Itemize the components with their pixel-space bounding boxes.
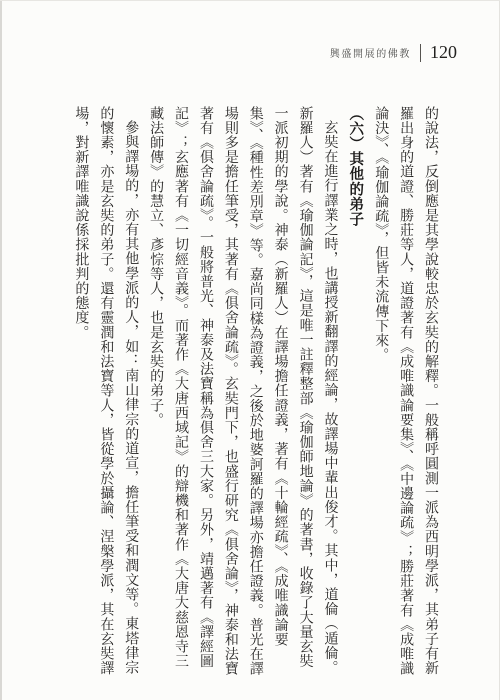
header-divider [420, 44, 421, 62]
page-number: 120 [430, 42, 457, 63]
book-page: 興盛開展的佛教 120 的說法，反倒應是其學說較忠於玄奘的解釋。一般稱呼圓測一派… [0, 0, 500, 700]
section-heading: （六）其他的弟子 [341, 106, 367, 676]
paragraph-continuation: 的說法，反倒應是其學說較忠於玄奘的解釋。一般稱呼圓測一派為西明學派，其弟子有新羅… [367, 106, 442, 676]
page-edge-top [0, 0, 500, 1]
paragraph-other-schools: 參與譯場的，亦有其他學派的人，如：南山律宗的道宣，擔任筆受和潤文等。東塔律宗的懷… [68, 106, 143, 676]
running-title: 興盛開展的佛教 [330, 45, 411, 60]
running-header: 興盛開展的佛教 120 [330, 42, 457, 63]
vertical-text-block: 的說法，反倒應是其學說較忠於玄奘的解釋。一般稱呼圓測一派為西明學派，其弟子有新羅… [68, 106, 442, 676]
page-edge-left [0, 0, 2, 700]
paragraph-other-disciples: 玄奘在進行譯業之時，也講授新翻譯的經論，故譯場中輩出俊才。其中，道倫（遁倫。新羅… [142, 106, 341, 676]
